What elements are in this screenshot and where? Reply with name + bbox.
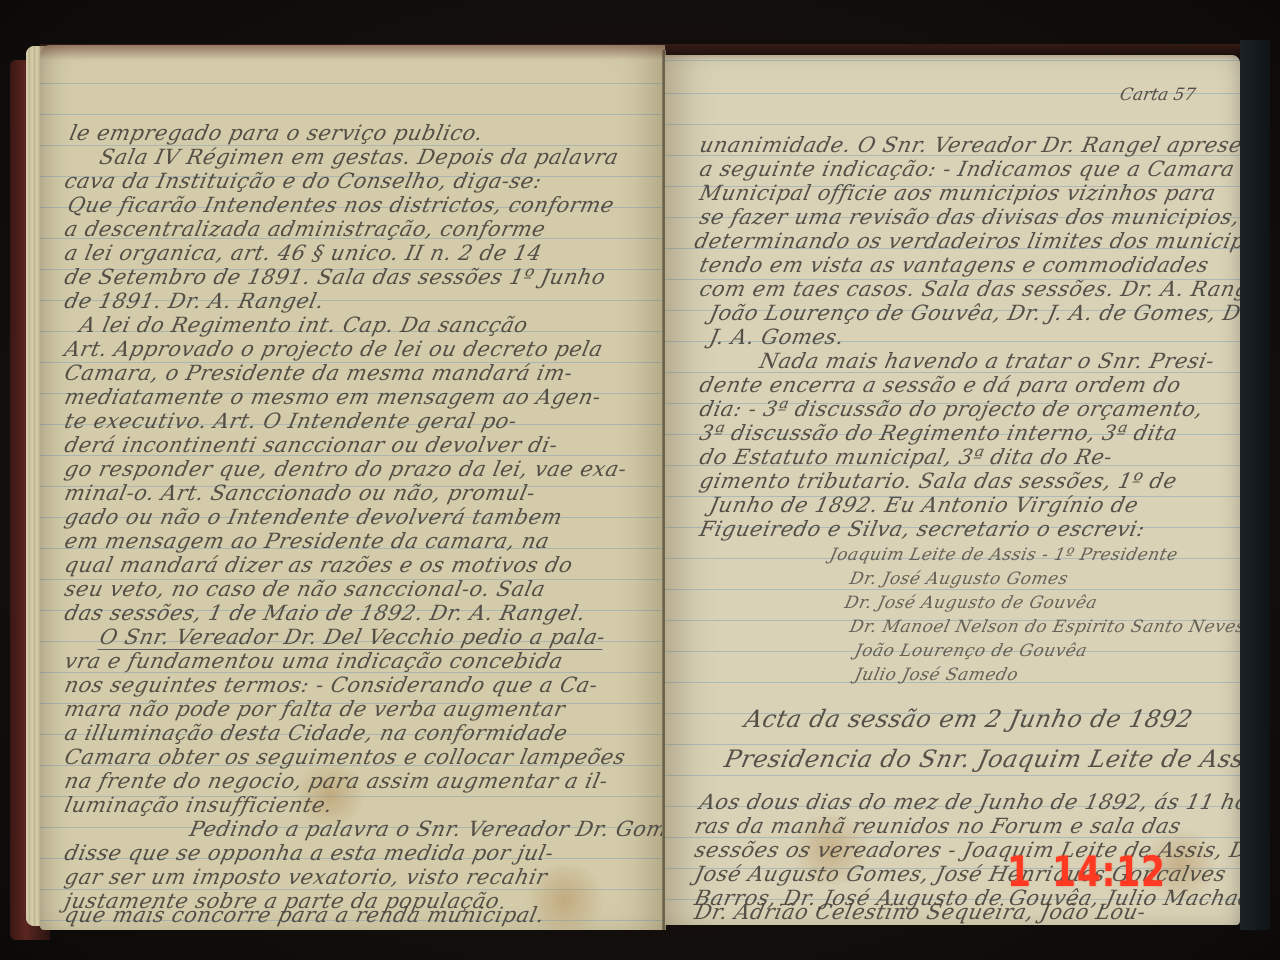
page-number: Carta 57 <box>1118 85 1197 105</box>
signature-line: Dr. José Augusto Gomes <box>848 569 1070 589</box>
text-line: a illuminação desta Cidade, na conformid… <box>62 721 570 745</box>
text-line: seu veto, no caso de não sanccional-o. S… <box>62 577 547 601</box>
text-line: unanimidade. O Snr. Vereador Dr. Rangel … <box>697 133 1240 157</box>
right-page: Carta 57 unanimidade. O Snr. Vereador Dr… <box>665 55 1240 925</box>
section-title: Acta da sessão em 2 Junho de 1892 <box>742 705 1195 733</box>
text-line: go responder que, dentro do prazo da lei… <box>62 457 629 481</box>
text-line: a lei organica, art. 46 § unico. II n. 2… <box>62 241 544 265</box>
text-line: vra e fundamentou uma indicação concebid… <box>62 649 565 673</box>
camera-date-stamp: 114:12 <box>1007 847 1166 896</box>
signature-line: Joaquim Leite de Assis - 1º Presidente <box>828 545 1180 565</box>
text-line: luminação insufficiente. <box>62 793 334 817</box>
text-line: dia: - 3ª discussão do projecto de orçam… <box>697 397 1205 421</box>
signature-line: Julio José Samedo <box>853 665 1020 685</box>
text-line: Camara obter os seguimentos e collocar l… <box>62 745 627 769</box>
signature-line: João Lourenço de Gouvêa <box>853 641 1089 661</box>
text-line: a seguinte indicação: - Indicamos que a … <box>697 157 1237 181</box>
text-line: Municipal officie aos municipios vizinho… <box>697 181 1218 205</box>
text-line: das sessões, 1 de Maio de 1892. Dr. A. R… <box>62 601 587 625</box>
book-cover-right-edge <box>1240 40 1270 930</box>
text-line: A lei do Regimento int. Cap. Da sancção <box>77 313 530 337</box>
text-line: a descentralizada administração, conform… <box>62 217 547 241</box>
text-line: cava da Instituição e do Conselho, diga-… <box>62 169 544 193</box>
text-line: gado ou não o Intendente devolverá tambe… <box>62 505 564 529</box>
text-line: 3ª discussão do Regimento interno, 3ª di… <box>697 421 1179 445</box>
text-line: Camara, o Presidente da mesma mandará im… <box>62 361 575 385</box>
text-line: dente encerra a sessão e dá para ordem d… <box>697 373 1183 397</box>
text-line: que mais concorre para a renda municipal… <box>62 903 546 927</box>
signature-line: Dr. José Augusto de Gouvêa <box>843 593 1099 613</box>
left-page: le empregado para o serviço publico. Sal… <box>40 45 665 930</box>
text-line: Nada mais havendo a tratar o Snr. Presi- <box>757 349 1216 373</box>
text-line: Dr. Adrião Celestino Sequeira, João Lou- <box>692 900 1148 924</box>
text-line: mediatamente o mesmo em mensagem ao Agen… <box>62 385 603 409</box>
text-line: Pedindo a palavra o Snr. Vereador Dr. Go… <box>187 817 665 841</box>
text-line: minal-o. Art. Sanccionado ou não, promul… <box>62 481 537 505</box>
text-line: Junho de 1892. Eu Antonio Virgínio de <box>707 493 1140 517</box>
text-line: em mensagem ao Presidente da camara, na <box>62 529 551 553</box>
text-line: se fazer uma revisão das divisas dos mun… <box>697 205 1240 229</box>
text-line: nos seguintes termos: - Considerando que… <box>62 673 600 697</box>
text-line: gimento tributario. Sala das sessões, 1º… <box>697 469 1179 493</box>
text-line: gar ser um imposto vexatorio, visto reca… <box>62 865 549 889</box>
text-line: ras da manhã reunidos no Forum e sala da… <box>692 814 1183 838</box>
text-line: Sala IV Régimen em gestas. Depois da pal… <box>97 145 621 169</box>
text-line: Que ficarão Intendentes nos districtos, … <box>65 193 616 217</box>
section-subtitle: Presidencia do Snr. Joaquim Leite de Ass… <box>722 745 1240 773</box>
page-top-shadow <box>40 44 1240 60</box>
signature-line: Dr. Manoel Nelson do Espirito Santo Neve… <box>848 617 1240 637</box>
text-line: de 1891. Dr. A. Rangel. <box>62 289 326 313</box>
text-line: J. A. Gomes. <box>707 325 846 349</box>
text-line: Art. Approvado o projecto de lei ou decr… <box>62 337 605 361</box>
text-line: na frente do negocio, para assim augment… <box>62 769 610 793</box>
text-line: qual mandará dizer as razões e os motivo… <box>62 553 575 577</box>
text-line: O Snr. Vereador Dr. Del Vecchio pedio a … <box>97 625 607 650</box>
text-line: Aos dous dias do mez de Junho de 1892, á… <box>697 790 1240 814</box>
text-line: com em taes casos. Sala das sessões. Dr.… <box>697 277 1240 301</box>
text-line: mara não pode por falta de verba augment… <box>62 697 567 721</box>
text-line: do Estatuto municipal, 3ª dita do Re- <box>697 445 1114 469</box>
text-line: le empregado para o serviço publico. <box>67 121 485 145</box>
text-line: Figueiredo e Silva, secretario o escrevi… <box>697 517 1147 541</box>
date-stamp-time: 14:12 <box>1052 847 1166 896</box>
text-line: disse que se opponha a esta medida por j… <box>62 841 556 865</box>
text-line: de Setembro de 1891. Sala das sessões 1º… <box>62 265 607 289</box>
text-line: tendo em vista as vantagens e commodidad… <box>697 253 1211 277</box>
text-line: determinando os verdadeiros limites dos … <box>692 229 1240 253</box>
text-line: te executivo. Art. O Intendente geral po… <box>62 409 519 433</box>
text-line: João Lourenço de Gouvêa, Dr. J. A. de Go… <box>707 301 1240 325</box>
date-stamp-day: 1 <box>1007 847 1052 896</box>
text-line: derá incontinenti sanccionar ou devolver… <box>62 433 560 457</box>
